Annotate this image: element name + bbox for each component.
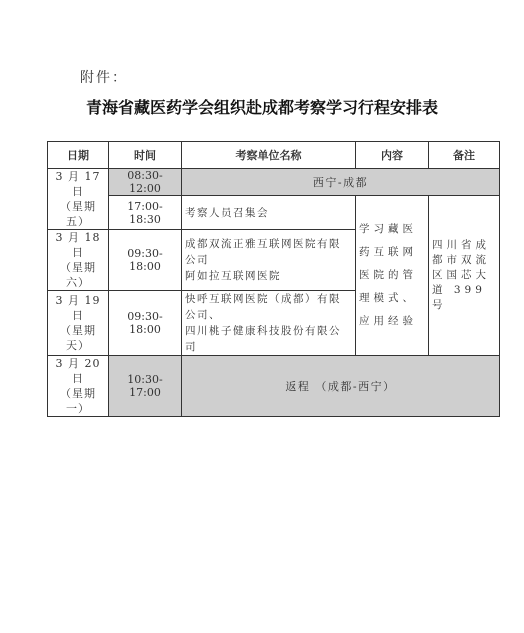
date-cell: 3 月 19 日 （星期天）: [48, 291, 109, 356]
date-cell: 3 月 17 日 （星期五）: [48, 169, 109, 230]
document-title: 青海省藏医药学会组织赴成都考察学习行程安排表: [0, 95, 524, 118]
date-text: 3 月 18 日: [51, 230, 105, 260]
unit-line: 成都双流正雅互联网医院有限公司: [185, 236, 352, 268]
date-text: 3 月 19 日: [51, 293, 105, 323]
unit-line: 四川桃子健康科技股份有限公司: [185, 323, 352, 355]
header-date: 日期: [48, 142, 109, 169]
header-remark: 备注: [429, 142, 500, 169]
header-unit: 考察单位名称: [182, 142, 356, 169]
itinerary-table: 日期 时间 考察单位名称 内容 备注 3 月 17 日 （星期五） 08:30-…: [47, 141, 500, 417]
time-cell: 10:30-17:00: [109, 356, 182, 417]
time-cell: 17:00-18:30: [109, 196, 182, 230]
remark-cell: 四川省成都市双流区国芯大道 399 号: [429, 196, 500, 356]
table-row: 3 月 20 日 （星期一） 10:30-17:00 返程 （成都-西宁）: [48, 356, 500, 417]
weekday-text: （星期一）: [51, 386, 105, 416]
header-time: 时间: [109, 142, 182, 169]
header-content: 内容: [356, 142, 429, 169]
attachment-label: 附件：: [80, 67, 128, 87]
unit-cell-travel: 西宁-成都: [182, 169, 500, 196]
date-text: 3 月 20 日: [51, 356, 105, 386]
table-row: 3 月 17 日 （星期五） 08:30-12:00 西宁-成都: [48, 169, 500, 196]
weekday-text: （星期六）: [51, 260, 105, 290]
time-cell: 09:30-18:00: [109, 291, 182, 356]
unit-line: 快呼互联网医院（成都）有限公司、: [185, 291, 352, 323]
unit-cell: 快呼互联网医院（成都）有限公司、 四川桃子健康科技股份有限公司: [182, 291, 356, 356]
unit-cell: 考察人员召集会: [182, 196, 356, 230]
content-cell: 学习藏医药互联网医院的管理模式、应用经验: [356, 196, 429, 356]
time-cell: 09:30-18:00: [109, 230, 182, 291]
table-row: 17:00-18:30 考察人员召集会 学习藏医药互联网医院的管理模式、应用经验…: [48, 196, 500, 230]
date-text: 3 月 17 日: [51, 169, 105, 199]
table-header-row: 日期 时间 考察单位名称 内容 备注: [48, 142, 500, 169]
weekday-text: （星期天）: [51, 323, 105, 353]
unit-cell-return: 返程 （成都-西宁）: [182, 356, 500, 417]
weekday-text: （星期五）: [51, 199, 105, 229]
date-cell: 3 月 20 日 （星期一）: [48, 356, 109, 417]
time-cell: 08:30-12:00: [109, 169, 182, 196]
unit-cell: 成都双流正雅互联网医院有限公司 阿如拉互联网医院: [182, 230, 356, 291]
unit-line: 阿如拉互联网医院: [185, 268, 352, 284]
date-cell: 3 月 18 日 （星期六）: [48, 230, 109, 291]
